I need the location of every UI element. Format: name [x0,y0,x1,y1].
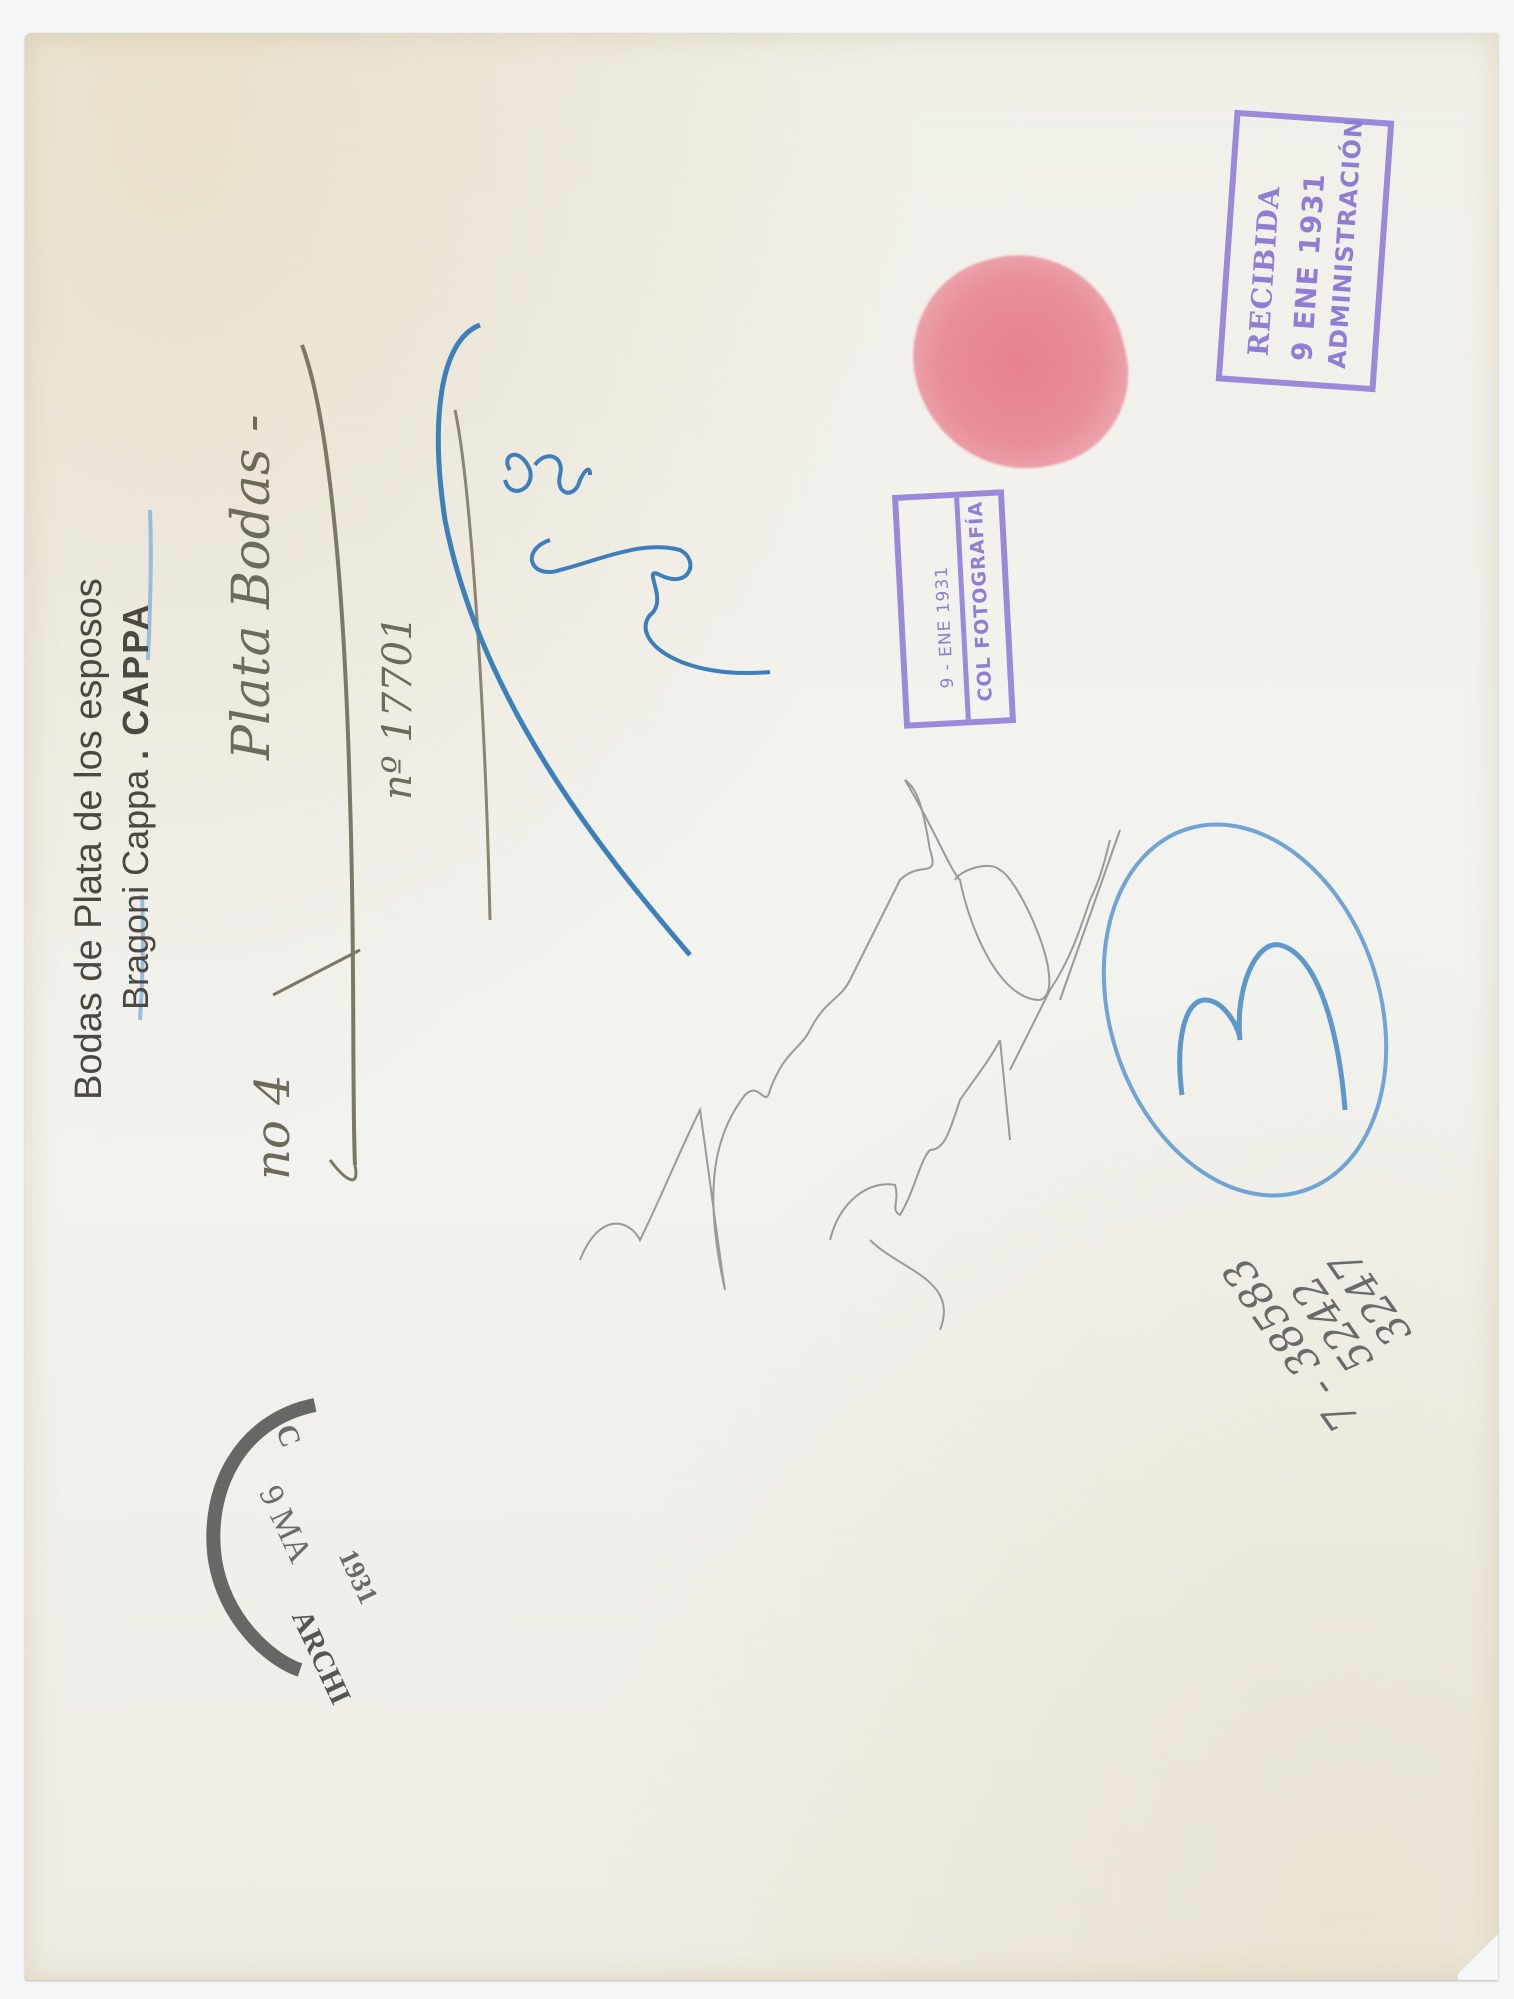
pencil-signature-2 [830,830,1120,1240]
stamp-fotografia-title: COL FOTOGRAFÍA [964,500,996,702]
stamp-fotografia-date: 9 - ENE 1931 [932,565,958,689]
ink-long-line [302,345,355,1165]
blue-number-3-stroke [1180,945,1345,1110]
blue-scribble-bottom [532,540,770,673]
blue-scribble-top [505,455,590,493]
stamp-recibida-line-1: RECIBIDA [1242,184,1287,357]
blue-circle [1058,788,1432,1233]
side-note: no 4 [245,1074,301,1180]
caption-name: Bragoni Cappa [115,770,156,1010]
caption-credit: . CAPPA [115,602,156,759]
reference-number: nº 17701 [375,615,421,800]
fotografia-stamp: 9 - ENE 1931 COL FOTOGRAFÍA [892,489,1016,729]
stamp-recibida-line-3: ADMINISTRACIÓN [1323,116,1369,369]
pencil-signature-1 [580,780,1049,1290]
ink-second-line [455,410,490,920]
title-note: Plata Bodas - [222,414,282,760]
recibida-stamp: RECIBIDA 9 ENE 1931 ADMINISTRACIÓN [1216,110,1395,392]
caption-line-2: Bragoni Cappa . CAPPA [115,602,157,1010]
caption-line-1: Bodas de Plata de los esposos [68,578,111,1100]
